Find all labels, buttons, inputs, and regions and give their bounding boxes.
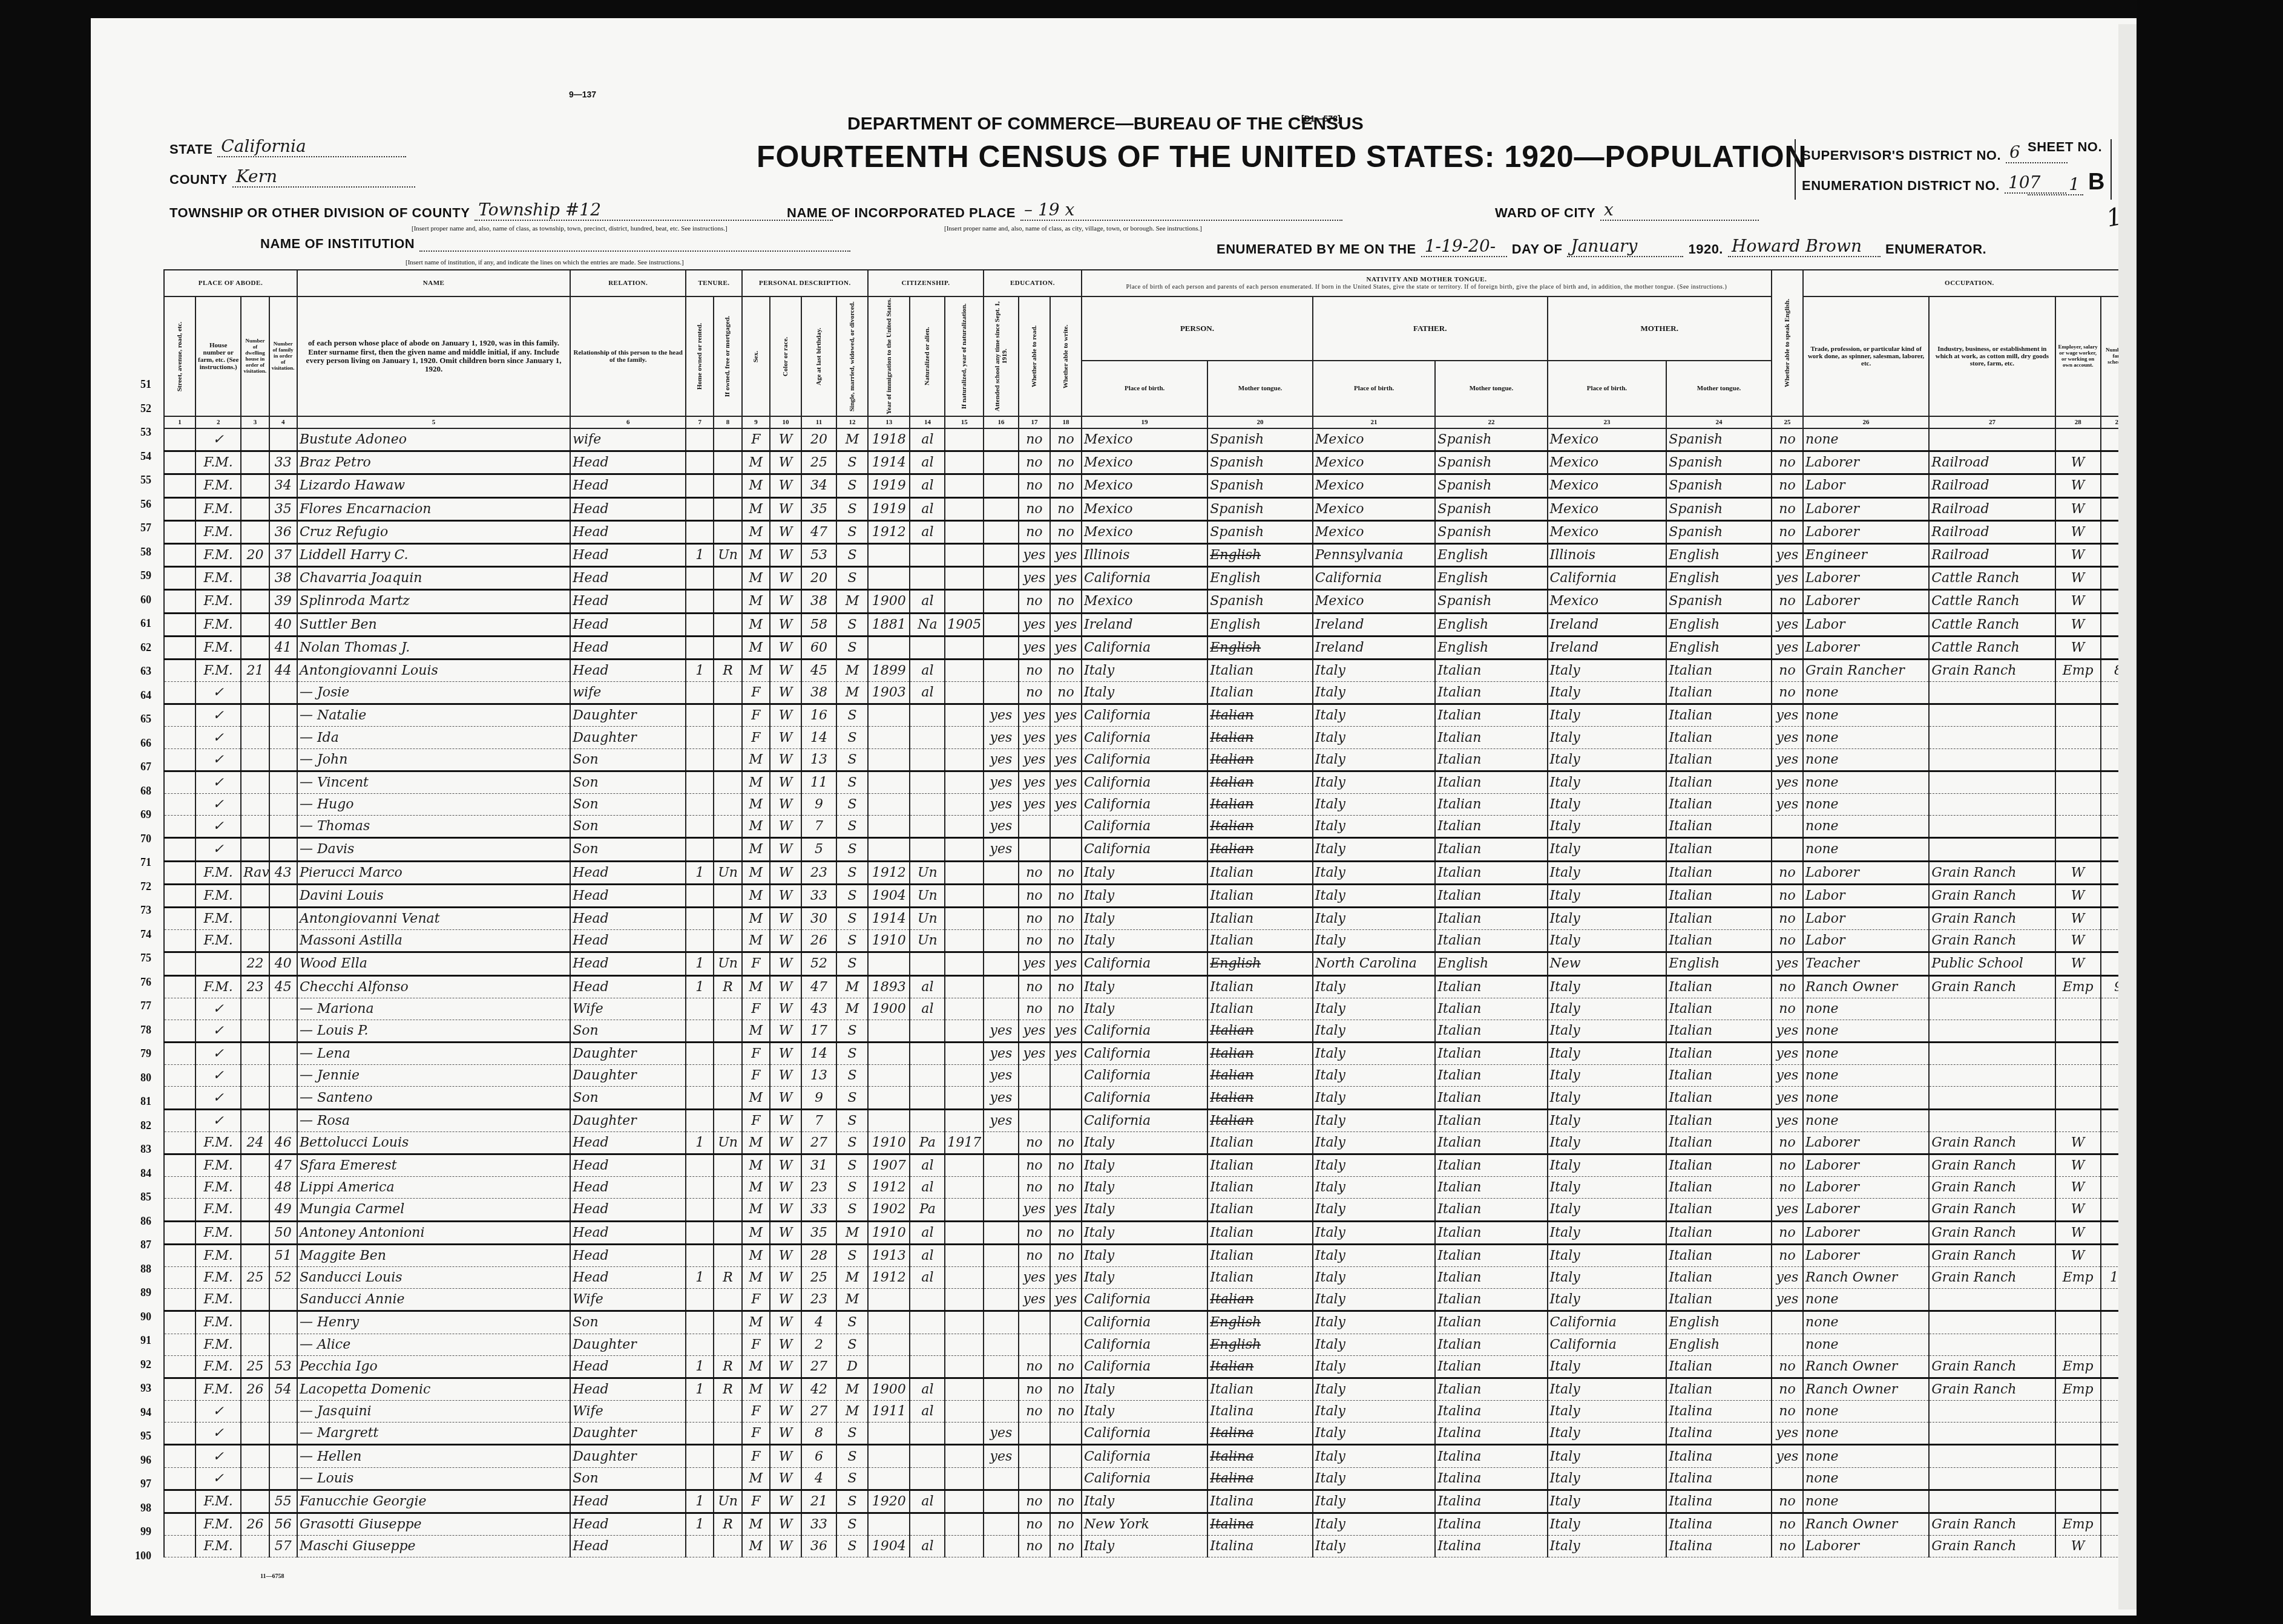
cell-marital: S [836,1423,868,1445]
cell-pob: Italy [1082,907,1207,929]
cell-mort [714,704,741,727]
cell-f-tongue: Italian [1435,1289,1547,1311]
cell-house: ✓ [195,1109,241,1131]
cell-marital: S [836,1467,868,1490]
cell-trade: none [1803,428,1929,451]
cell-house: F.M. [195,1311,241,1334]
cell-pob: Mexico [1082,451,1207,474]
cell-school: yes [984,727,1019,748]
cell-marital: M [836,1378,868,1400]
cell-own [686,1536,714,1557]
cell-industry [1929,1087,2055,1109]
cell-tongue: Italina [1207,1423,1313,1445]
cell-race: W [770,1445,801,1467]
line-number: 76 [127,976,151,989]
cell-m-pob: Italy [1548,748,1667,771]
cell-m-pob: Italy [1548,998,1667,1020]
header-trade: Trade, profession, or particular kind of… [1803,296,1929,416]
cell-class: W [2055,1221,2101,1244]
cell-street [164,1445,195,1467]
cell-marital: S [836,771,868,793]
cell-industry [1929,1490,2055,1513]
cell-age: 38 [801,682,836,704]
cell-tongue: Italian [1207,861,1313,884]
cell-tongue: Italian [1207,659,1313,681]
cell-m-pob: New [1548,952,1667,975]
cell-family: 55 [269,1490,297,1513]
cell-read: no [1019,451,1050,474]
cell-name: Fanucchie Georgie [297,1490,570,1513]
cell-read: yes [1019,952,1050,975]
cell-house: F.M. [195,907,241,929]
cell-age: 16 [801,704,836,727]
line-number: 92 [127,1358,151,1371]
cell-marital: M [836,1221,868,1244]
cell-race: W [770,1401,801,1423]
cell-read: no [1019,590,1050,613]
cell-own [686,1244,714,1266]
cell-f-tongue: Italian [1435,1154,1547,1177]
cell-m-pob: Italy [1548,838,1667,861]
cell-street [164,1536,195,1557]
cell-m-pob: Ireland [1548,613,1667,636]
cell-english: no [1772,861,1803,884]
cell-name: — Natalie [297,704,570,727]
cell-industry: Railroad [1929,474,2055,497]
cell-f-tongue: Italian [1435,1221,1547,1244]
cell-race: W [770,1177,801,1199]
cell-tongue: Italian [1207,704,1313,727]
cell-family: 41 [269,636,297,659]
cell-read: no [1019,1131,1050,1154]
cell-nat: al [910,428,945,451]
incorporated-field: NAME OF INCORPORATED PLACE – 19 x [787,200,1342,221]
cell-m-tongue: Italian [1666,816,1772,838]
cell-tongue: Italina [1207,1467,1313,1490]
cell-mort [714,613,741,636]
cell-natyr [945,1289,984,1311]
cell-age: 26 [801,930,836,952]
cell-natyr [945,727,984,748]
cell-street [164,1378,195,1400]
cell-relation: Head [570,1266,686,1288]
cell-marital: M [836,975,868,998]
cell-immig: 1912 [868,861,910,884]
cell-race: W [770,497,801,520]
cell-dwelling [241,907,269,929]
cell-write [1050,1445,1082,1467]
cell-f-pob: Italy [1313,907,1436,929]
cell-immig: 1910 [868,1131,910,1154]
cell-nat [910,794,945,816]
cell-industry: Grain Ranch [1929,930,2055,952]
cell-family: 33 [269,451,297,474]
cell-pob: California [1082,1445,1207,1467]
cell-m-pob: Italy [1548,1109,1667,1131]
table-row: F.M.51Maggite BenHeadMW28S1913alnonoItal… [164,1244,2136,1266]
cell-name: — Santeno [297,1087,570,1109]
cell-house: F.M. [195,497,241,520]
cell-f-pob: Italy [1313,1109,1436,1131]
cell-industry [1929,1311,2055,1334]
cell-marital: S [836,636,868,659]
census-rows: ✓Bustute AdoneowifeFW20M1918alnonoMexico… [164,428,2136,1557]
cell-natyr [945,952,984,975]
cell-school [984,474,1019,497]
township-label: TOWNSHIP OR OTHER DIVISION OF COUNTY [169,205,470,221]
cell-family [269,727,297,748]
cell-relation: Daughter [570,1334,686,1355]
cell-mort: R [714,1266,741,1288]
cell-f-tongue: Italian [1435,907,1547,929]
cell-sex: F [742,1445,770,1467]
enumerated-day: 1-19-20- [1421,236,1507,257]
cell-dwelling [241,590,269,613]
cell-industry: Cattle Ranch [1929,567,2055,590]
cell-f-tongue: Italian [1435,748,1547,771]
cell-relation: Daughter [570,1445,686,1467]
cell-trade: Laborer [1803,1131,1929,1154]
cell-f-pob: Italy [1313,682,1436,704]
line-number: 68 [127,785,151,797]
cell-sex: M [742,1131,770,1154]
cell-age: 23 [801,1289,836,1311]
nativity-note: Place of birth of each person and parent… [1084,284,1769,290]
cell-house: F.M. [195,1177,241,1199]
cell-relation: Head [570,497,686,520]
cell-f-tongue: English [1435,636,1547,659]
cell-mort [714,474,741,497]
line-number: 65 [127,713,151,725]
cell-trade: none [1803,998,1929,1020]
cell-street [164,682,195,704]
cell-name: Nolan Thomas J. [297,636,570,659]
cell-write [1050,1065,1082,1087]
cell-m-tongue: Italian [1666,682,1772,704]
cell-family: 45 [269,975,297,998]
cell-immig [868,636,910,659]
cell-english: yes [1772,952,1803,975]
cell-mort [714,1401,741,1423]
cell-f-tongue: Italian [1435,682,1547,704]
table-row: F.M.— AliceDaughterFW2SCaliforniaEnglish… [164,1334,2136,1355]
cell-industry [1929,1467,2055,1490]
cell-m-pob: Italy [1548,1043,1667,1065]
cell-english: no [1772,1131,1803,1154]
cell-relation: Head [570,636,686,659]
cell-nat: al [910,1154,945,1177]
cell-pob: California [1082,771,1207,793]
cell-english: yes [1772,1065,1803,1087]
cell-pob: Italy [1082,930,1207,952]
cell-school [984,682,1019,704]
cell-m-pob: Italy [1548,1378,1667,1400]
cell-class: Emp [2055,975,2101,998]
cell-school [984,1244,1019,1266]
cell-f-tongue: Italian [1435,1177,1547,1199]
cell-write: no [1050,1355,1082,1378]
cell-relation: Son [570,1020,686,1042]
cell-own [686,1401,714,1423]
cell-class: W [2055,1199,2101,1221]
table-row: ✓— VincentSonMW11SyesyesyesCaliforniaIta… [164,771,2136,793]
cell-pob: Italy [1082,884,1207,907]
cell-house: F.M. [195,1536,241,1557]
line-number: 63 [127,665,151,678]
cell-sex: F [742,1423,770,1445]
col-num: 20 [1207,416,1313,428]
cell-read: no [1019,1536,1050,1557]
cell-m-tongue: Italian [1666,1221,1772,1244]
cell-m-pob: Mexico [1548,474,1667,497]
cell-street [164,1065,195,1087]
cell-sex: F [742,1490,770,1513]
cell-mort [714,1177,741,1199]
cell-relation: Head [570,952,686,975]
cell-relation: Wife [570,1289,686,1311]
cell-school: yes [984,1423,1019,1445]
cell-read: no [1019,474,1050,497]
cell-f-pob: Italy [1313,1423,1436,1445]
table-row: F.M.2552Sanducci LouisHead1RMW25M1912aly… [164,1266,2136,1288]
cell-marital: S [836,451,868,474]
cell-trade: none [1803,794,1929,816]
cell-dwelling [241,884,269,907]
cell-name: — Vincent [297,771,570,793]
cell-industry: Railroad [1929,520,2055,543]
cell-trade: none [1803,1109,1929,1131]
ward-value: x [1600,200,1759,221]
cell-mort [714,428,741,451]
cell-family: 37 [269,543,297,566]
cell-class [2055,1334,2101,1355]
cell-class [2055,1490,2101,1513]
cell-school [984,884,1019,907]
cell-write [1050,1423,1082,1445]
cell-name: — Rosa [297,1109,570,1131]
cell-age: 27 [801,1401,836,1423]
cell-name: Cruz Refugio [297,520,570,543]
census-sheet: 9—137 [D1—578] DEPARTMENT OF COMMERCE—BU… [91,18,2137,1616]
cell-mort [714,1020,741,1042]
cell-dwelling [241,930,269,952]
header-marital: Single, married, widowed, or divorced. [836,296,868,416]
cell-natyr [945,636,984,659]
cell-school [984,1221,1019,1244]
table-row: ✓— SantenoSonMW9SyesCaliforniaItalianIta… [164,1087,2136,1109]
cell-age: 43 [801,998,836,1020]
cell-name: Sanducci Louis [297,1266,570,1288]
cell-street [164,543,195,566]
cell-m-tongue: Italian [1666,884,1772,907]
cell-natyr [945,543,984,566]
cell-natyr [945,998,984,1020]
cell-m-pob: Italy [1548,816,1667,838]
cell-class [2055,998,2101,1020]
cell-mort [714,1154,741,1177]
cell-age: 58 [801,613,836,636]
cell-class: W [2055,1244,2101,1266]
cell-street [164,1423,195,1445]
cell-house: F.M. [195,451,241,474]
cell-industry: Grain Ranch [1929,975,2055,998]
cell-relation: Daughter [570,1065,686,1087]
cell-relation: Daughter [570,1109,686,1131]
cell-industry [1929,771,2055,793]
header-sex: Sex. [742,296,770,416]
cell-dwelling [241,794,269,816]
cell-tongue: Italina [1207,1513,1313,1536]
cell-trade: Labor [1803,613,1929,636]
line-number: 89 [127,1286,151,1299]
cell-nat: al [910,1490,945,1513]
table-row: ✓— JohnSonMW13SyesyesyesCaliforniaItalia… [164,748,2136,771]
cell-nat: al [910,1266,945,1288]
cell-pob: Illinois [1082,543,1207,566]
cell-m-tongue: Italina [1666,1445,1772,1467]
cell-name: Braz Petro [297,451,570,474]
line-number: 58 [127,546,151,558]
cell-pob: California [1082,816,1207,838]
cell-class: W [2055,884,2101,907]
cell-class: Emp [2055,659,2101,681]
cell-school [984,636,1019,659]
cell-house: ✓ [195,727,241,748]
cell-age: 7 [801,1109,836,1131]
cell-nat: al [910,1244,945,1266]
cell-marital: S [836,930,868,952]
cell-f-tongue: English [1435,567,1547,590]
cell-class: W [2055,861,2101,884]
cell-dwelling: 23 [241,975,269,998]
cell-street [164,428,195,451]
cell-m-pob: Italy [1548,907,1667,929]
cell-own [686,451,714,474]
cell-race: W [770,1131,801,1154]
cell-pob: Mexico [1082,590,1207,613]
cell-class [2055,748,2101,771]
cell-nat: al [910,1378,945,1400]
cell-dwelling [241,838,269,861]
township-note: [Insert proper name and, also, name of c… [412,225,728,232]
cell-trade: none [1803,1289,1929,1311]
cell-natyr [945,771,984,793]
cell-m-pob: Italy [1548,1490,1667,1513]
cell-pob: California [1082,1355,1207,1378]
cell-street [164,1244,195,1266]
cell-race: W [770,1355,801,1378]
cell-sex: M [742,884,770,907]
cell-industry [1929,1401,2055,1423]
cell-m-tongue: Italian [1666,975,1772,998]
cell-family [269,704,297,727]
cell-race: W [770,816,801,838]
cell-own [686,704,714,727]
cell-marital: S [836,1020,868,1042]
cell-m-pob: Italy [1548,727,1667,748]
cell-race: W [770,930,801,952]
cell-age: 8 [801,1423,836,1445]
cell-relation: Head [570,567,686,590]
col-num: 27 [1929,416,2055,428]
cell-nat: al [910,1401,945,1423]
cell-nat: al [910,1221,945,1244]
cell-mort: Un [714,1490,741,1513]
cell-pob: Italy [1082,975,1207,998]
cell-pob: Italy [1082,1266,1207,1288]
incorporated-label: NAME OF INCORPORATED PLACE [787,205,1016,221]
line-number: 81 [127,1095,151,1108]
cell-english: yes [1772,727,1803,748]
cell-sex: M [742,1221,770,1244]
cell-marital: S [836,861,868,884]
cell-pob: California [1082,1109,1207,1131]
cell-family [269,1087,297,1109]
cell-marital: S [836,1131,868,1154]
cell-tongue: English [1207,1311,1313,1334]
cell-f-pob: Italy [1313,975,1436,998]
cell-own [686,998,714,1020]
line-number: 99 [127,1525,151,1538]
cell-trade: none [1803,1043,1929,1065]
cell-class [2055,1401,2101,1423]
cell-dwelling: 21 [241,659,269,681]
cell-tongue: Italian [1207,1087,1313,1109]
cell-immig [868,543,910,566]
cell-dwelling [241,474,269,497]
line-number: 70 [127,833,151,845]
cell-relation: Head [570,1199,686,1221]
cell-race: W [770,1087,801,1109]
cell-dwelling: 26 [241,1513,269,1536]
cell-pob: California [1082,1334,1207,1355]
cell-school [984,907,1019,929]
cell-nat: al [910,975,945,998]
cell-class [2055,1109,2101,1131]
cell-class [2055,704,2101,727]
cell-f-tongue: Italina [1435,1490,1547,1513]
table-row: F.M.2553Pecchia IgoHead1RMW27DnonoCalifo… [164,1355,2136,1378]
census-title: FOURTEENTH CENSUS OF THE UNITED STATES: … [757,139,1807,174]
cell-f-tongue: Italian [1435,1311,1547,1334]
cell-f-pob: Italy [1313,1445,1436,1467]
cell-trade: Laborer [1803,1536,1929,1557]
cell-pob: Mexico [1082,428,1207,451]
cell-read: no [1019,884,1050,907]
cell-f-pob: Italy [1313,838,1436,861]
cell-street [164,952,195,975]
cell-f-tongue: Italian [1435,884,1547,907]
line-number: 98 [127,1502,151,1514]
cell-write: yes [1050,543,1082,566]
cell-own: 1 [686,1266,714,1288]
cell-pob: Mexico [1082,520,1207,543]
cell-industry: Cattle Ranch [1929,636,2055,659]
cell-natyr [945,1154,984,1177]
cell-tongue: Spanish [1207,520,1313,543]
cell-f-tongue: Italian [1435,1020,1547,1042]
cell-name: — Louis P. [297,1020,570,1042]
cell-immig [868,794,910,816]
cell-marital: M [836,428,868,451]
cell-read: no [1019,1355,1050,1378]
line-number: 61 [127,617,151,630]
cell-m-pob: Italy [1548,1177,1667,1199]
cell-street [164,771,195,793]
cell-tongue: Italian [1207,1131,1313,1154]
cell-family [269,1423,297,1445]
cell-write: yes [1050,636,1082,659]
